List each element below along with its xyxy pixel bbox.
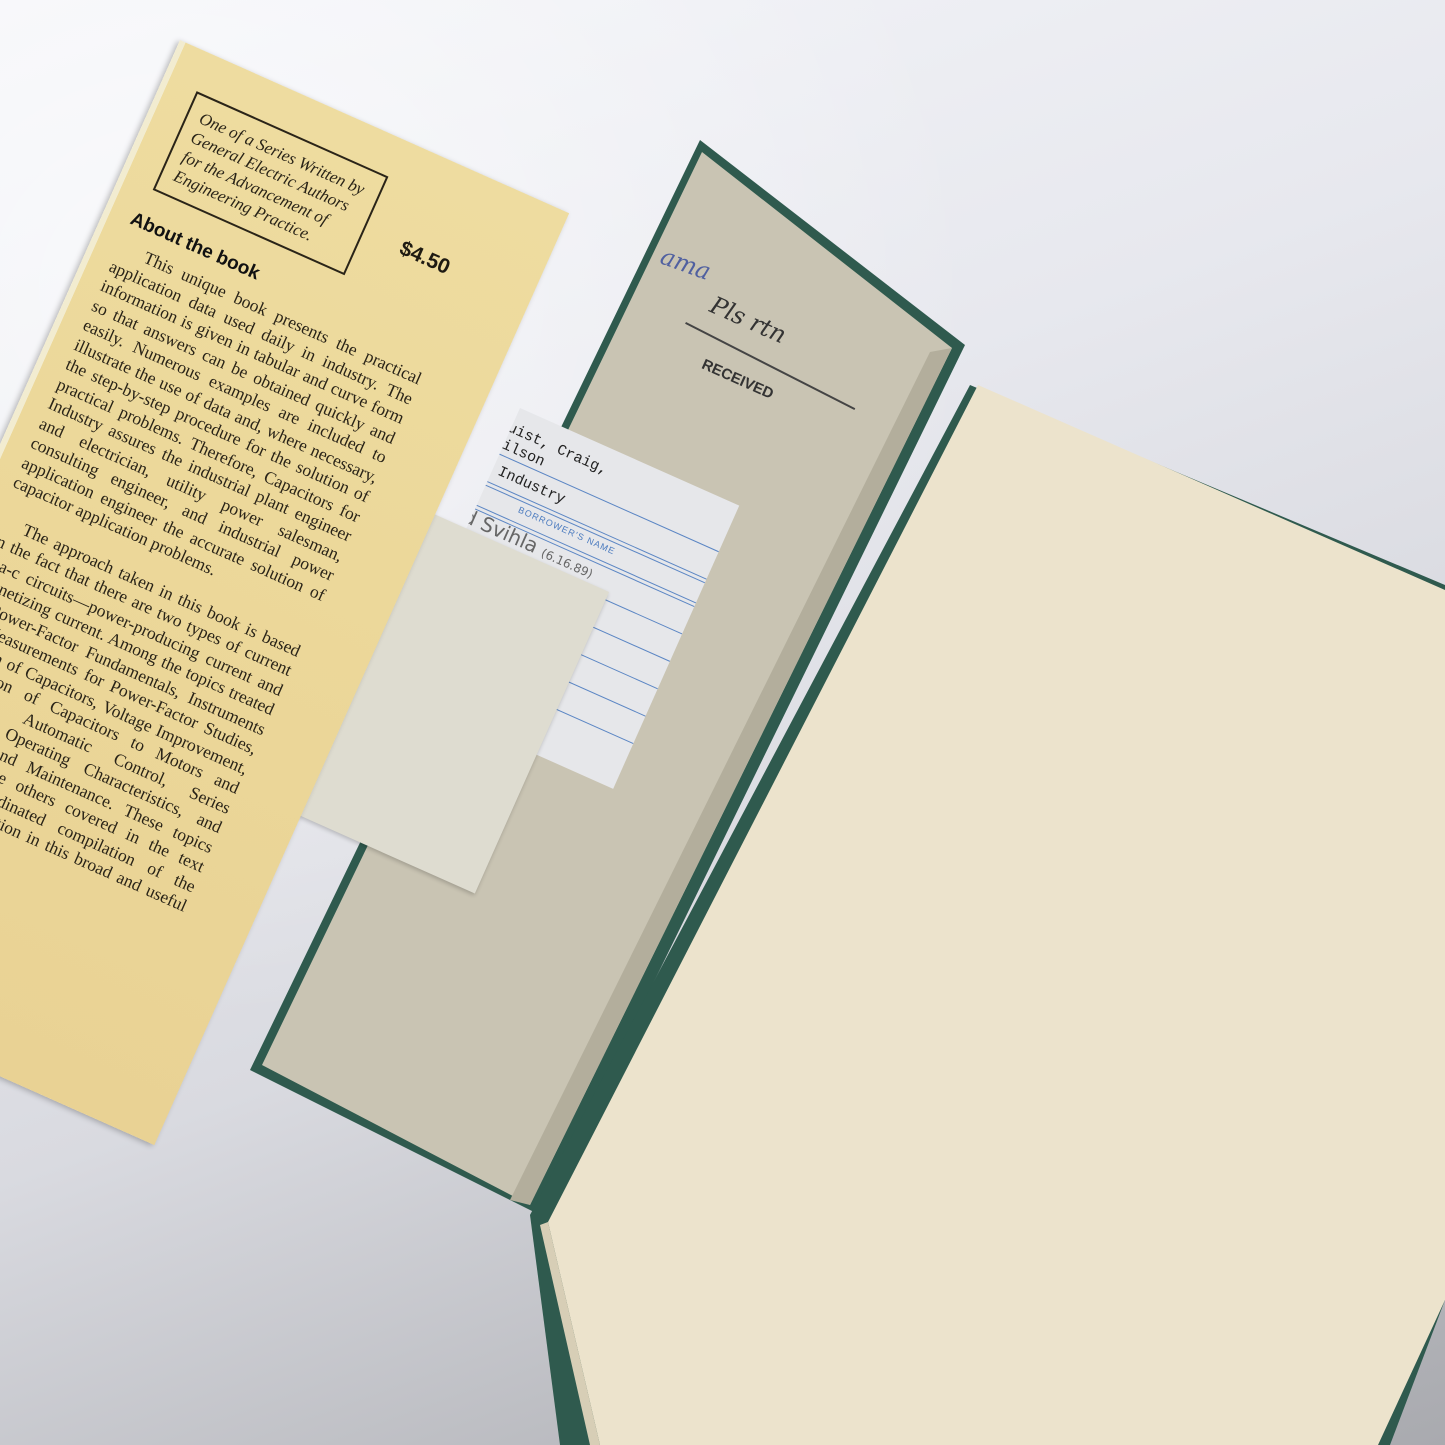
price-label: $4.50	[396, 237, 454, 280]
